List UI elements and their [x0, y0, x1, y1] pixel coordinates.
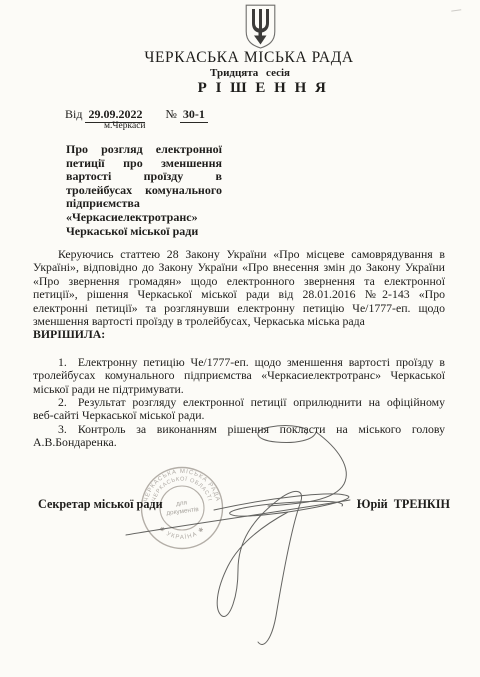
- organization-name: ЧЕРКАСЬКА МІСЬКА РАДА: [0, 49, 480, 67]
- session-title: Тридцята сесія: [0, 67, 480, 79]
- stamp-ring-bottom-text: ✱ УКРАЇНА ✱: [158, 525, 207, 541]
- resolved-label: ВИРІШИЛА:: [33, 328, 445, 341]
- signature-row: Секретар міської ради Юрій ТРЕНКІН: [38, 497, 450, 512]
- item-text: Результат розгляду електронної петиції о…: [33, 395, 445, 422]
- signer-role: Секретар міської ради: [38, 497, 163, 512]
- document-body: Керуючись статтею 28 Закону України «Про…: [33, 248, 445, 450]
- city-label: м.Черкаси: [104, 121, 146, 131]
- number-label: №: [165, 107, 176, 121]
- ukraine-trident-emblem: [244, 4, 277, 49]
- document-page: ЧЕРКАСЬКА МІСЬКА РАДА Тридцята сесія Р І…: [0, 0, 480, 677]
- svg-text:✱ УКРАЇНА ✱: ✱ УКРАЇНА ✱: [158, 525, 207, 541]
- scan-artifact: [451, 5, 462, 11]
- date-number-line: Від 29.09.2022 № 30-1: [65, 107, 208, 122]
- number-value: 30-1: [180, 107, 208, 123]
- item-text: Електронну петицію Че/1777-еп. щодо змен…: [33, 355, 445, 396]
- date-label: Від: [65, 107, 82, 121]
- subject-paragraph: Про розгляд електронної петиції про змен…: [66, 143, 222, 238]
- resolution-item-2: 2.Результат розгляду електронної петиції…: [33, 396, 445, 423]
- signer-name: Юрій ТРЕНКІН: [357, 497, 450, 512]
- resolution-item-1: 1.Електронну петицію Че/1777-еп. щодо зм…: [33, 356, 445, 396]
- item-text: Контроль за виконанням рішення покласти …: [33, 422, 445, 449]
- resolution-item-3: 3.Контроль за виконанням рішення покласт…: [33, 423, 445, 450]
- item-number: 2.: [58, 395, 67, 409]
- resolution-items: 1.Електронну петицію Че/1777-еп. щодо зм…: [33, 356, 445, 450]
- item-number: 3.: [58, 422, 67, 436]
- item-number: 1.: [58, 355, 67, 369]
- preamble-paragraph: Керуючись статтею 28 Закону України «Про…: [33, 248, 445, 328]
- document-type-title: Р І Ш Е Н Н Я: [0, 80, 480, 97]
